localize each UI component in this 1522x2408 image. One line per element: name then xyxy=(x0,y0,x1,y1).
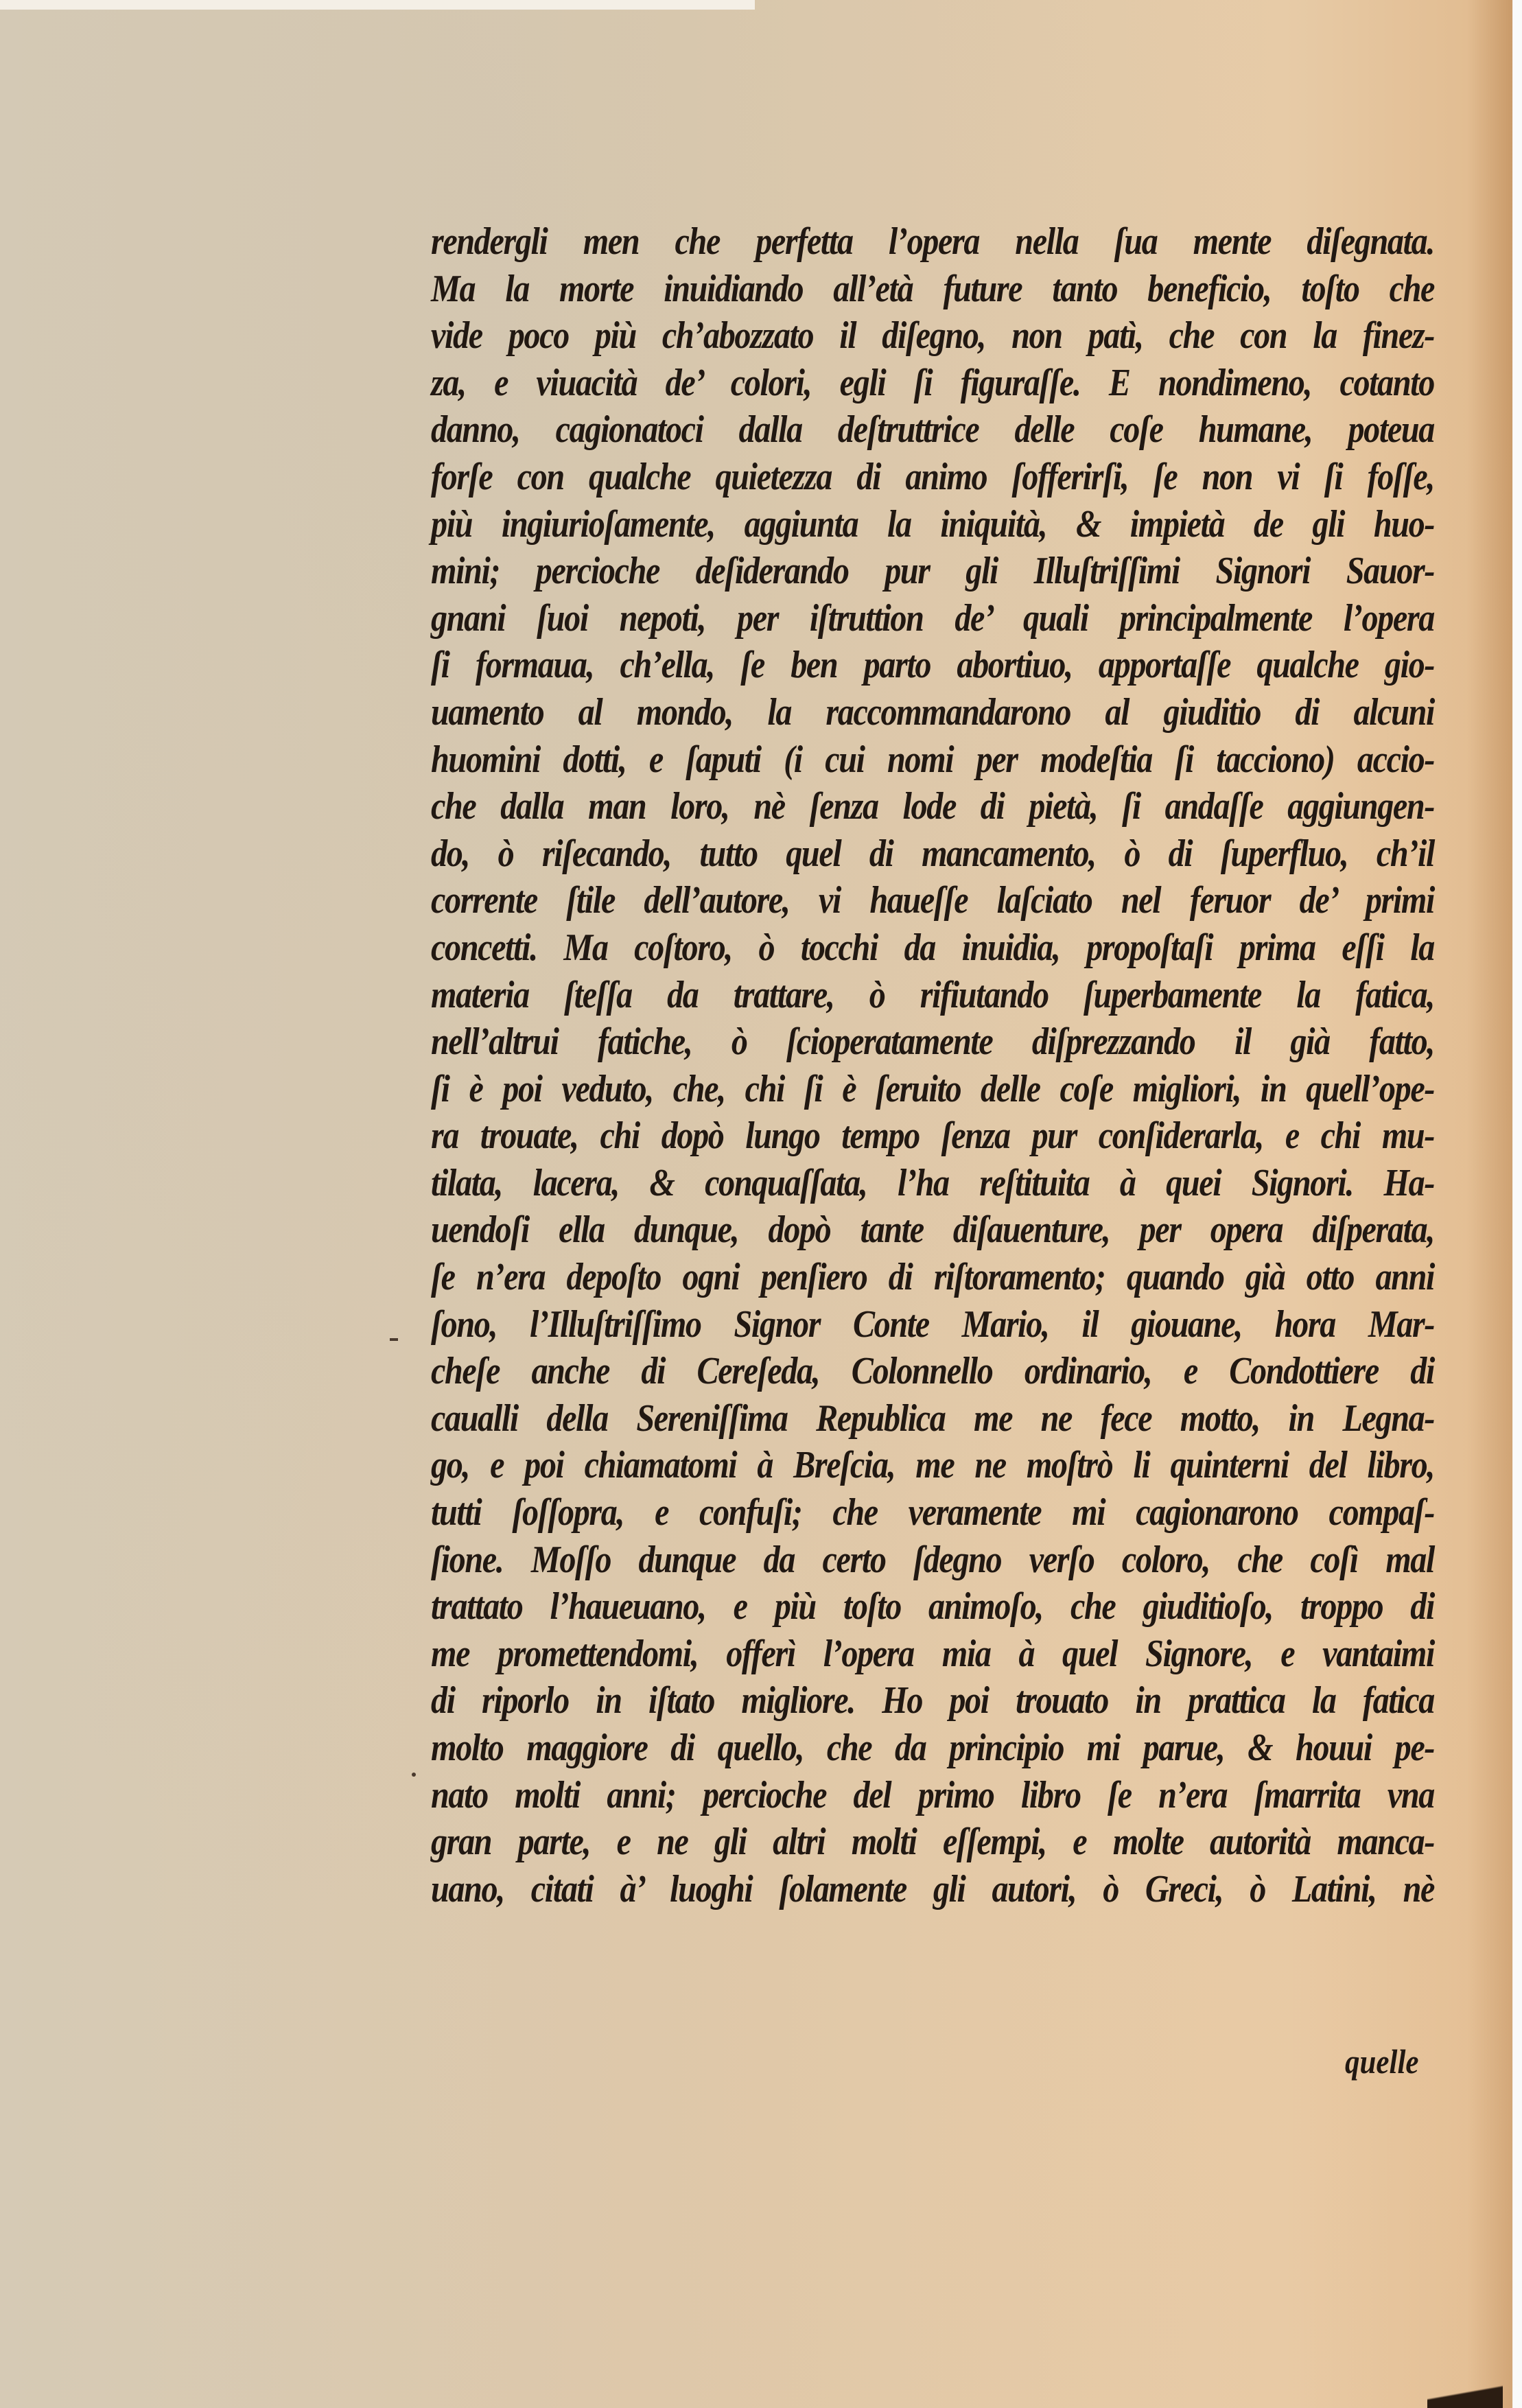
text-line: tilata, lacera, & conquaſſata, l’ha reſt… xyxy=(431,1160,1434,1207)
text-line: rendergli men che perfetta l’opera nella… xyxy=(431,218,1434,266)
text-line: me promettendomi, offerì l’opera mia à q… xyxy=(431,1630,1434,1678)
text-line: uamento al mondo, la raccommandarono al … xyxy=(431,689,1434,736)
text-line: vide poco più ch’abozzato il diſegno, no… xyxy=(431,312,1434,360)
book-page: rendergli men che perfetta l’opera nella… xyxy=(0,0,1512,2408)
text-line: più ingiurioſamente, aggiunta la iniquit… xyxy=(431,501,1434,548)
text-line: ſi formaua, ch’ella, ſe ben parto aborti… xyxy=(431,642,1434,689)
margin-mark xyxy=(412,1773,416,1777)
text-line: trattato l’haueuano, e più toſto animoſo… xyxy=(431,1583,1434,1630)
text-line: go, e poi chiamatomi à Breſcia, me ne mo… xyxy=(431,1442,1434,1489)
text-line: caualli della Sereniſſima Republica me n… xyxy=(431,1395,1434,1442)
text-line: nato molti anni; percioche del primo lib… xyxy=(431,1772,1434,1819)
text-line: uano, citati à’ luoghi ſolamente gli aut… xyxy=(431,1866,1434,1913)
text-line: Ma la morte inuidiando all’età future ta… xyxy=(431,266,1434,313)
text-line: forſe con qualche quietezza di animo ſof… xyxy=(431,454,1434,501)
text-line: ra trouate, chi dopò lungo tempo ſenza p… xyxy=(431,1112,1434,1160)
text-line: che dalla man loro, nè ſenza lode di pie… xyxy=(431,783,1434,830)
scan-edge-strip xyxy=(0,0,755,10)
text-line: tutti ſoſſopra, e confuſi; che veramente… xyxy=(431,1489,1434,1536)
text-line: ſione. Moſſo dunque da certo ſdegno verſ… xyxy=(431,1536,1434,1584)
text-line: ſono, l’Illuſtriſſimo Signor Conte Mario… xyxy=(431,1301,1434,1348)
text-line: di riporlo in iſtato migliore. Ho poi tr… xyxy=(431,1677,1434,1725)
text-line: nell’altrui fatiche, ò ſcioperatamente d… xyxy=(431,1018,1434,1066)
text-line: mini; percioche deſiderando pur gli Illu… xyxy=(431,548,1434,595)
body-text: rendergli men che perfetta l’opera nella… xyxy=(431,218,1440,1913)
text-line: huomini dotti, e ſaputi (i cui nomi per … xyxy=(431,736,1434,784)
text-line: corrente ſtile dell’autore, vi haueſſe l… xyxy=(431,877,1434,924)
text-line: cheſe anche di Cereſeda, Colonnello ordi… xyxy=(431,1348,1434,1395)
text-line: ſe n’era depoſto ogni penſiero di riſtor… xyxy=(431,1254,1434,1301)
margin-mark xyxy=(390,1338,398,1341)
text-line: za, e viuacità de’ colori, egli ſi figur… xyxy=(431,360,1434,407)
text-line: molto maggiore di quello, che da princip… xyxy=(431,1725,1434,1772)
text-line: uendoſi ella dunque, dopò tante diſauent… xyxy=(431,1206,1434,1254)
text-line: concetti. Ma coſtoro, ò tocchi da inuidi… xyxy=(431,924,1434,972)
text-line: gnani ſuoi nepoti, per iſtruttion de’ qu… xyxy=(431,595,1434,642)
text-line: ſi è poi veduto, che, chi ſi è ſeruito d… xyxy=(431,1066,1434,1113)
text-line: do, ò riſecando, tutto quel di mancament… xyxy=(431,830,1434,878)
page-corner-shadow xyxy=(1427,2383,1503,2408)
text-line: materia ſteſſa da trattare, ò rifiutando… xyxy=(431,972,1434,1019)
catchword: quelle xyxy=(1345,2042,1418,2081)
text-line: danno, cagionatoci dalla deſtruttrice de… xyxy=(431,406,1434,454)
text-line: gran parte, e ne gli altri molti eſſempi… xyxy=(431,1819,1434,1866)
